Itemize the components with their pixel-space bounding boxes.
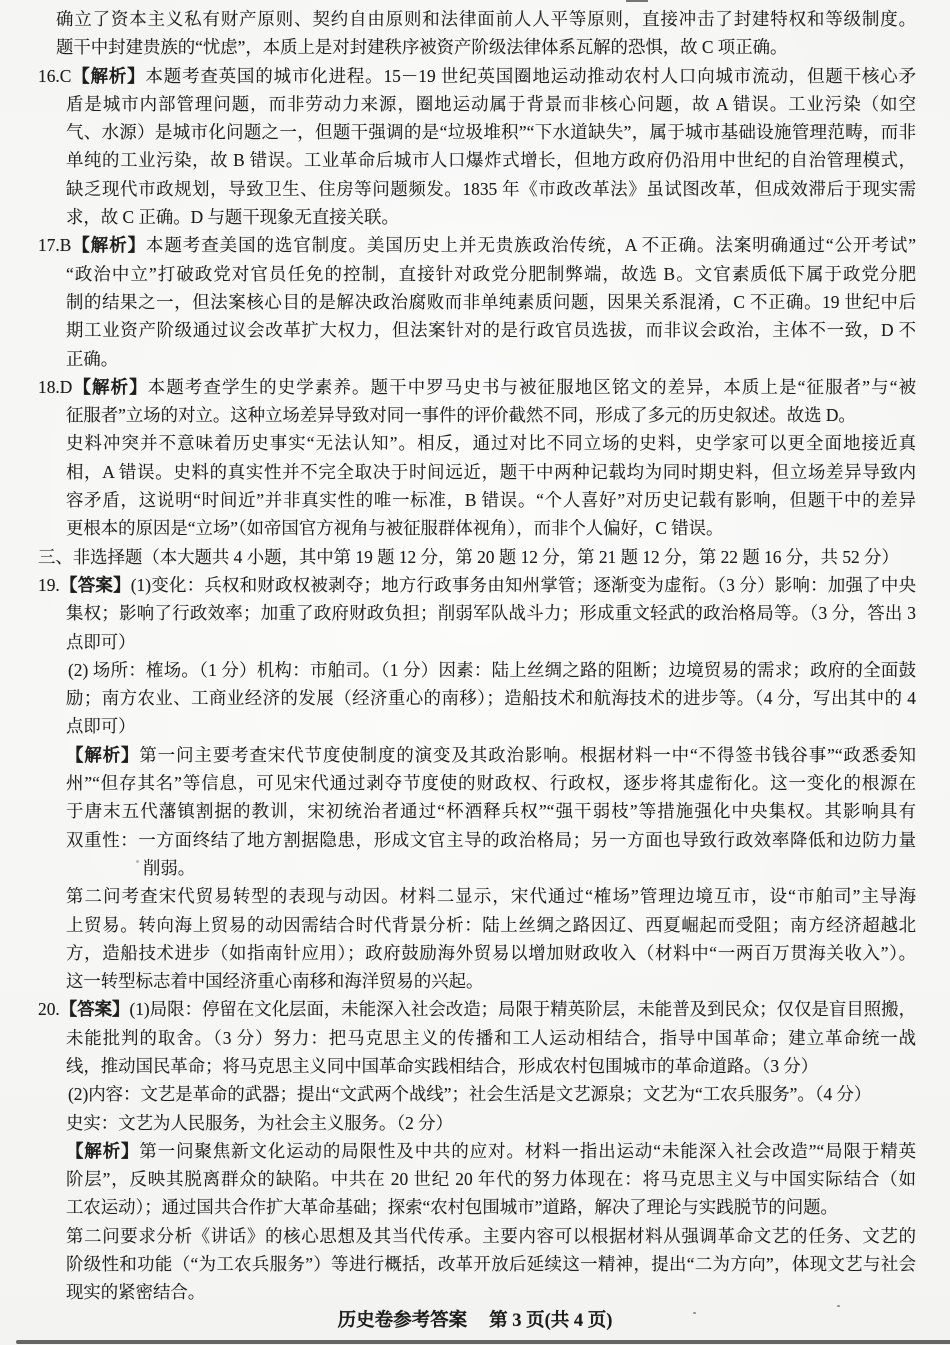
text-line: 【解析】第一问主要考查宋代节度使制度的演变及其政治影响。根据材料一中“不得签书钱… <box>66 741 916 769</box>
text-line: 现实的紧密结合。 <box>66 1278 916 1306</box>
text-line: 17.B【解析】本题考查美国的选官制度。美国历史上并无贵族政治传统，A 不正确。… <box>38 231 916 259</box>
text-line: 第二问要求分析《讲话》的核心思想及其当代传承。主要内容可以根据材料从强调革命文艺… <box>66 1222 916 1250</box>
text-line: 制的结果之一，但法案核心目的是解决政治腐败而非单纯素质问题，因果关系混淆，C 不… <box>66 288 916 316</box>
text-line: 史料冲突并不意味着历史事实“无法认知”。相反，通过对比不同立场的史料，史学家可以… <box>66 429 916 457</box>
text-line: 盾是城市内部管理问题，而非劳动力来源，圈地运动属于背景而非核心问题，故 A 错误… <box>66 90 916 118</box>
text-line: 容矛盾，这说明“时间近”并非真实性的唯一标准，B 错误。“个人喜好”对历史记载有… <box>66 486 916 514</box>
text-line: 州”“但存其名”等信息，可见宋代通过剥夺节度使的财政权、行政权，逐步将其虚衔化。… <box>66 769 916 797</box>
text-line: 点即可） <box>66 712 916 740</box>
text-line: 20.【答案】(1)局限：停留在文化层面，未能深入社会改造；局限于精英阶层，未能… <box>38 995 916 1023</box>
text-line: 三、非选择题（本大题共 4 小题，其中第 19 题 12 分，第 20 题 12… <box>38 543 916 571</box>
text-line: 未能批判的取舍。（3 分）努力：把马克思主义的传播和工人运动相结合，指导中国革命… <box>66 1024 916 1052</box>
text-line: 16.C【解析】本题考查英国的城市化进程。15－19 世纪英国圈地运动推动农村人… <box>38 62 916 90</box>
text-line: 点即可） <box>66 628 916 656</box>
scan-edge-bottom <box>16 1340 950 1344</box>
scan-speck <box>837 1305 840 1307</box>
text-line: 相，A 错误。史料的真实性并不完全取决于时间远近，题干中两种记载均为同时期史料，… <box>66 458 916 486</box>
text-line: 削弱。 <box>143 854 916 882</box>
text-line: 双重性：一方面终结了地方割据隐患，形成文官主导的政治格局；另一方面也导致行政效率… <box>66 826 916 854</box>
text-line: 期工业资产阶级通过议会改革扩大权力，但法案针对的是行政官员选拔，而非议会政治，主… <box>66 316 916 344</box>
text-line: 史实：文艺为人民服务，为社会主义服务。（2 分） <box>66 1109 916 1137</box>
text-line: 上贸易。转向海上贸易的动因需结合时代背景分析：陆上丝绸之路因辽、西夏崛起而受阻；… <box>66 911 916 939</box>
scan-artifact-top <box>626 0 648 2</box>
text-line: 单纯的工业污染，故 B 错误。工业革命后城市人口爆炸式增长，但地方政府仍沿用中世… <box>66 146 916 174</box>
text-line: 阶层”，反映其脱离群众的缺陷。中共在 20 世纪 20 年代的努力体现在：将马克… <box>66 1165 916 1193</box>
text-line: 正确。 <box>66 345 916 373</box>
scan-speck <box>693 1312 696 1314</box>
text-line: 题干中封建贵族的“忧虑”，本质上是对封建秩序被资产阶级法律体系瓦解的恐惧，故 C… <box>56 33 916 61</box>
text-line: (2)内容：文艺是革命的武器；提出“文武两个战线”；社会生活是文艺源泉；文艺为“… <box>68 1080 916 1108</box>
text-line: 18.D【解析】本题考查学生的史学素养。题干中罗马史书与被征服地区铭文的差异，本… <box>38 373 916 401</box>
footer-page-number: 第 3 页(共 4 页) <box>489 1311 612 1331</box>
text-line: 线，推动国民革命；将马克思主义同中国革命实践相结合，形成农村包围城市的革命道路。… <box>66 1052 916 1080</box>
text-line: 气、水源）是城市化问题之一，但题干强调的是“垃圾堆积”“下水道缺失”，属于城市基… <box>66 118 916 146</box>
text-line: 征服者”立场的对立。这种立场差异导致对同一事件的评价截然不同，形成了多元的历史叙… <box>66 401 916 429</box>
answer-key-text-body: 确立了资本主义私有财产原则、契约自由原则和法律面前人人平等原则，直接冲击了封建特… <box>38 5 916 1307</box>
text-line: 更根本的原因是“立场”（如帝国官方视角与被征服群体视角），而非个人偏好，C 错误… <box>66 514 916 542</box>
text-line: 确立了资本主义私有财产原则、契约自由原则和法律面前人人平等原则，直接冲击了封建特… <box>56 5 916 33</box>
text-line: 方，造船技术进步（如指南针应用）；政府鼓励海外贸易以增加财政收入（材料中“一两百… <box>66 939 916 967</box>
page-footer: 历史卷参考答案第 3 页(共 4 页) <box>0 1306 950 1332</box>
text-line: 【解析】第一问聚焦新文化运动的局限性及中共的应对。材料一指出运动“未能深入社会改… <box>66 1137 916 1165</box>
text-line: 工农运动）；通过国共合作扩大革命基础；探索“农村包围城市”道路，解决了理论与实践… <box>66 1193 916 1221</box>
text-line: “政治中立”打破政党对官员任免的控制，直接针对政党分肥制弊端，故选 B。文官素质… <box>66 260 916 288</box>
text-line: (2) 场所：榷场。（1 分）机构：市舶司。（1 分）因素：陆上丝绸之路的阻断；… <box>68 656 916 684</box>
scan-speck <box>136 860 139 863</box>
text-line: 励；南方农业、工商业经济的发展（经济重心的南移）；造船技术和航海技术的进步等。（… <box>66 684 916 712</box>
text-line: 求，故 C 正确。D 与题干现象无直接关联。 <box>66 203 916 231</box>
text-line: 这一转型标志着中国经济重心南移和海洋贸易的兴起。 <box>66 967 916 995</box>
text-line: 第二问考查宋代贸易转型的表现与动因。材料二显示，宋代通过“榷场”管理边境互市，设… <box>66 882 916 910</box>
text-line: 阶级性和功能（“为工农兵服务”）等进行概括，改革开放后延续这一精神，提出“二为方… <box>66 1250 916 1278</box>
text-line: 集权；影响了行政效率；加重了政府财政负担；削弱军队战斗力；形成重文轻武的政治格局… <box>66 599 916 627</box>
text-line: 于唐末五代藩镇割据的教训，宋初统治者通过“杯酒释兵权”“强干弱枝”等措施强化中央… <box>66 797 916 825</box>
footer-doc-title: 历史卷参考答案 <box>338 1311 468 1331</box>
text-line: 缺乏现代市政规划，导致卫生、住房等问题频发。1835 年《市政改革法》虽试图改革… <box>66 175 916 203</box>
text-line: 19.【答案】(1)变化：兵权和财政权被剥夺；地方行政事务由知州掌管；逐渐变为虚… <box>38 571 916 599</box>
